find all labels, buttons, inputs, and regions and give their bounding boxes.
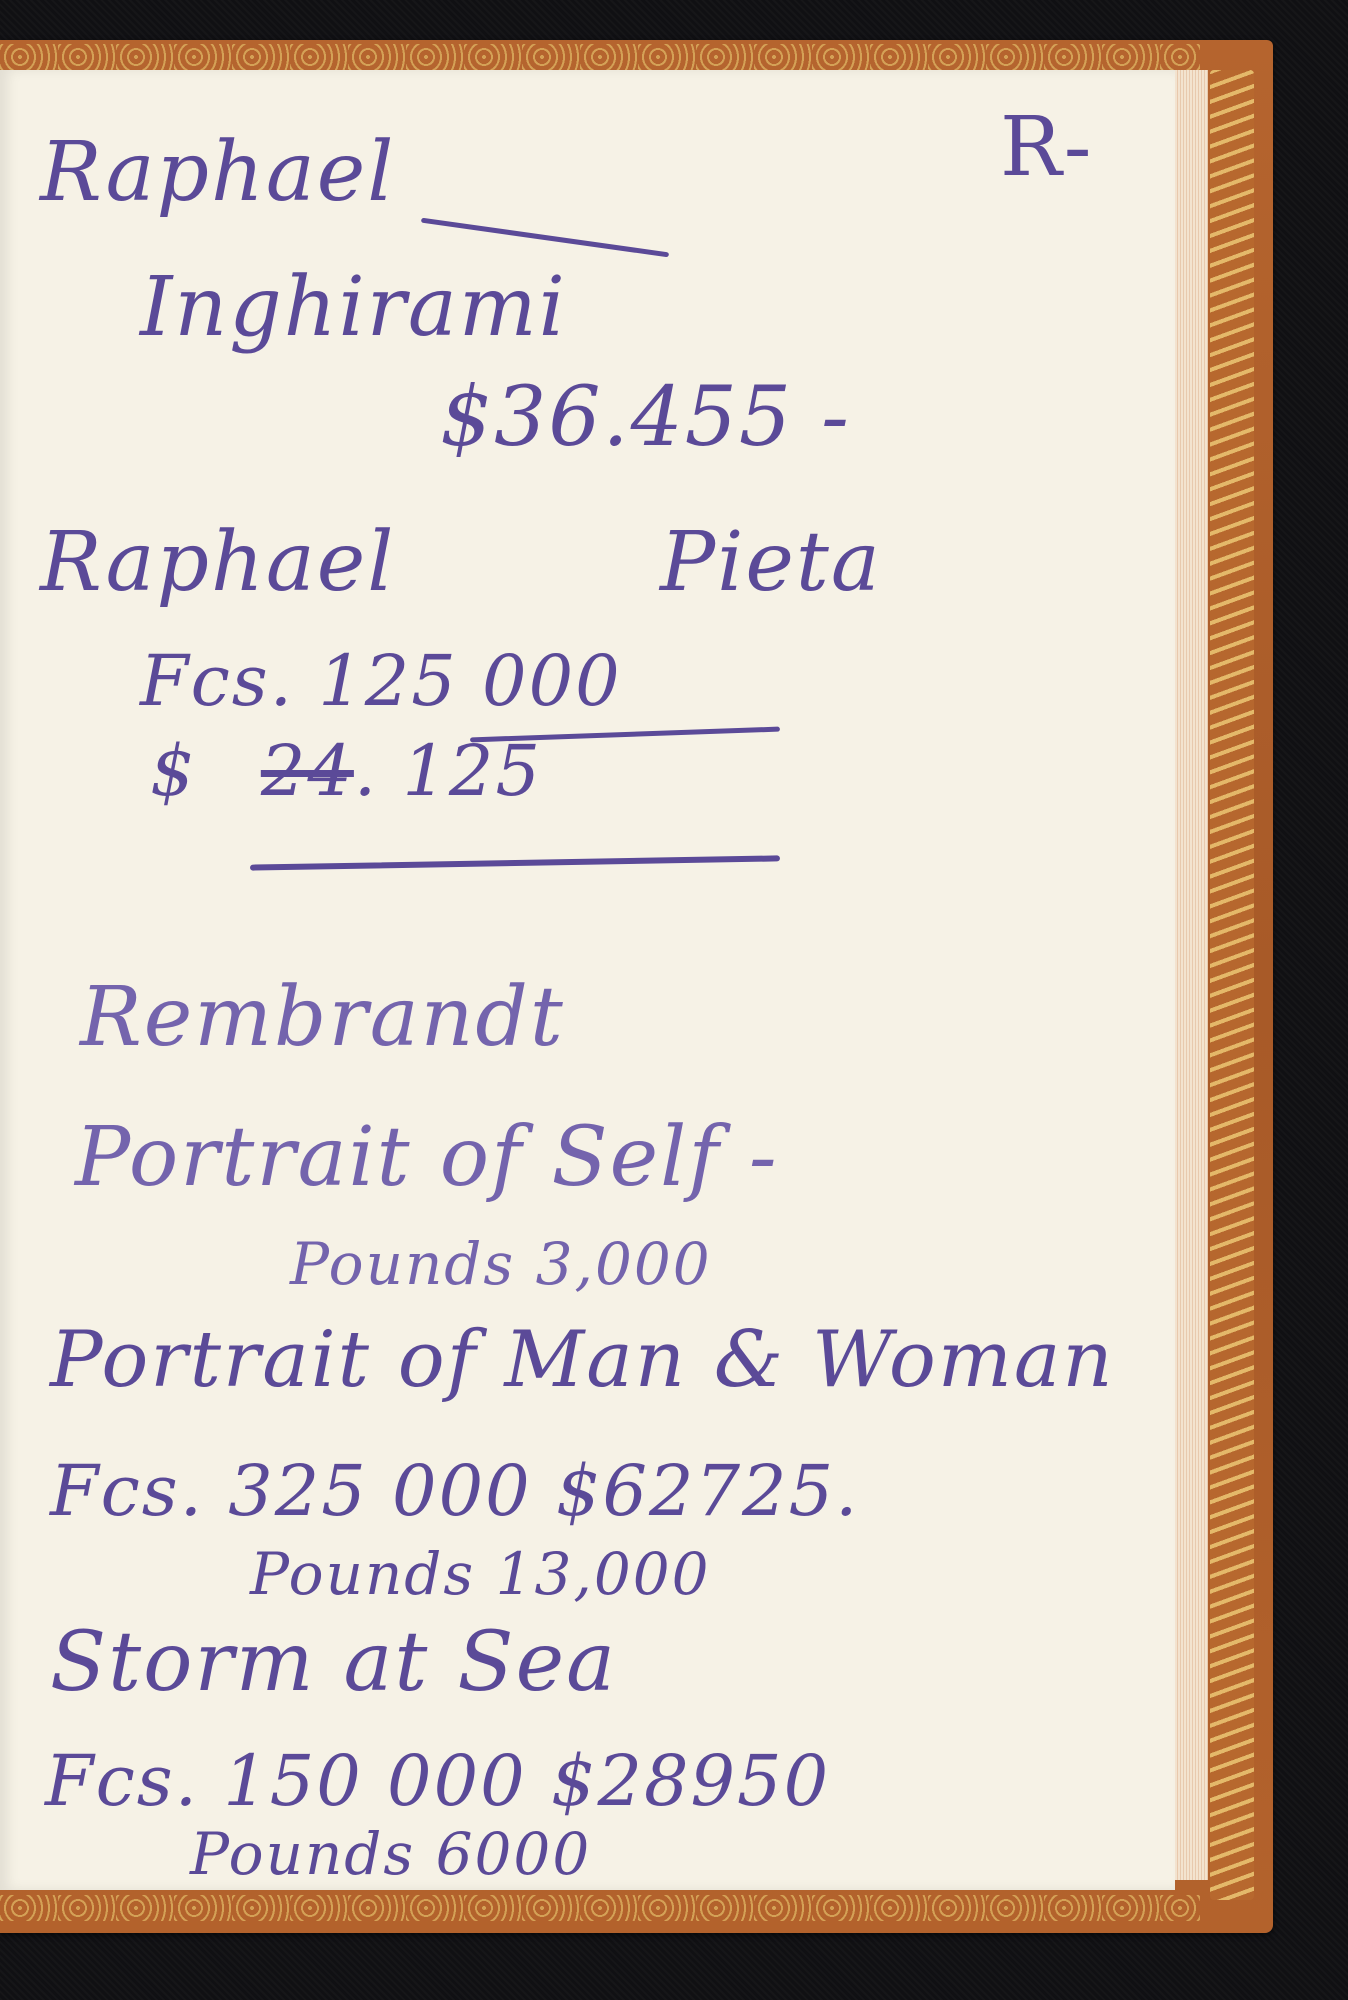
struck-value: 24: [261, 730, 354, 812]
gilt-border-top: [0, 44, 1200, 70]
entry-3-artist: Rembrandt: [80, 970, 565, 1065]
entry-1-artist: Raphael: [40, 125, 395, 220]
index-letter: R-: [1000, 100, 1093, 195]
entry-1-title: Inghirami: [140, 260, 567, 355]
gilt-border-right: [1210, 70, 1254, 1900]
entry-5-price-francs-dollars: Fcs. 150 000 $28950: [45, 1740, 830, 1822]
gilt-border-bottom: [0, 1895, 1200, 1921]
page-edges: [1172, 70, 1208, 1880]
entry-5-price-pounds: Pounds 6000: [190, 1820, 591, 1888]
entry-1-flourish: [421, 218, 669, 258]
entry-4-title: Portrait of Man & Woman: [50, 1315, 1115, 1405]
entry-3-title: Portrait of Self -: [75, 1110, 779, 1205]
section-divider: [250, 855, 780, 870]
dollar-sign: $: [150, 730, 197, 812]
entry-2-price-francs: Fcs. 125 000: [140, 640, 622, 722]
notebook-page: R- Raphael Inghirami $36.455 - Raphael P…: [0, 70, 1175, 1890]
entry-4-price-francs-dollars: Fcs. 325 000 $62725.: [50, 1450, 859, 1532]
entry-1-price-dollars: $36.455 -: [440, 370, 851, 465]
entry-2-title: Pieta: [660, 515, 882, 610]
entry-4-price-pounds: Pounds 13,000: [250, 1540, 711, 1608]
price-value: . 125: [354, 730, 542, 812]
entry-2-price-dollars: $ 24. 125: [150, 730, 542, 812]
entry-2-artist: Raphael: [40, 515, 395, 610]
entry-3-price-pounds: Pounds 3,000: [290, 1230, 712, 1298]
entry-5-title: Storm at Sea: [50, 1615, 617, 1710]
